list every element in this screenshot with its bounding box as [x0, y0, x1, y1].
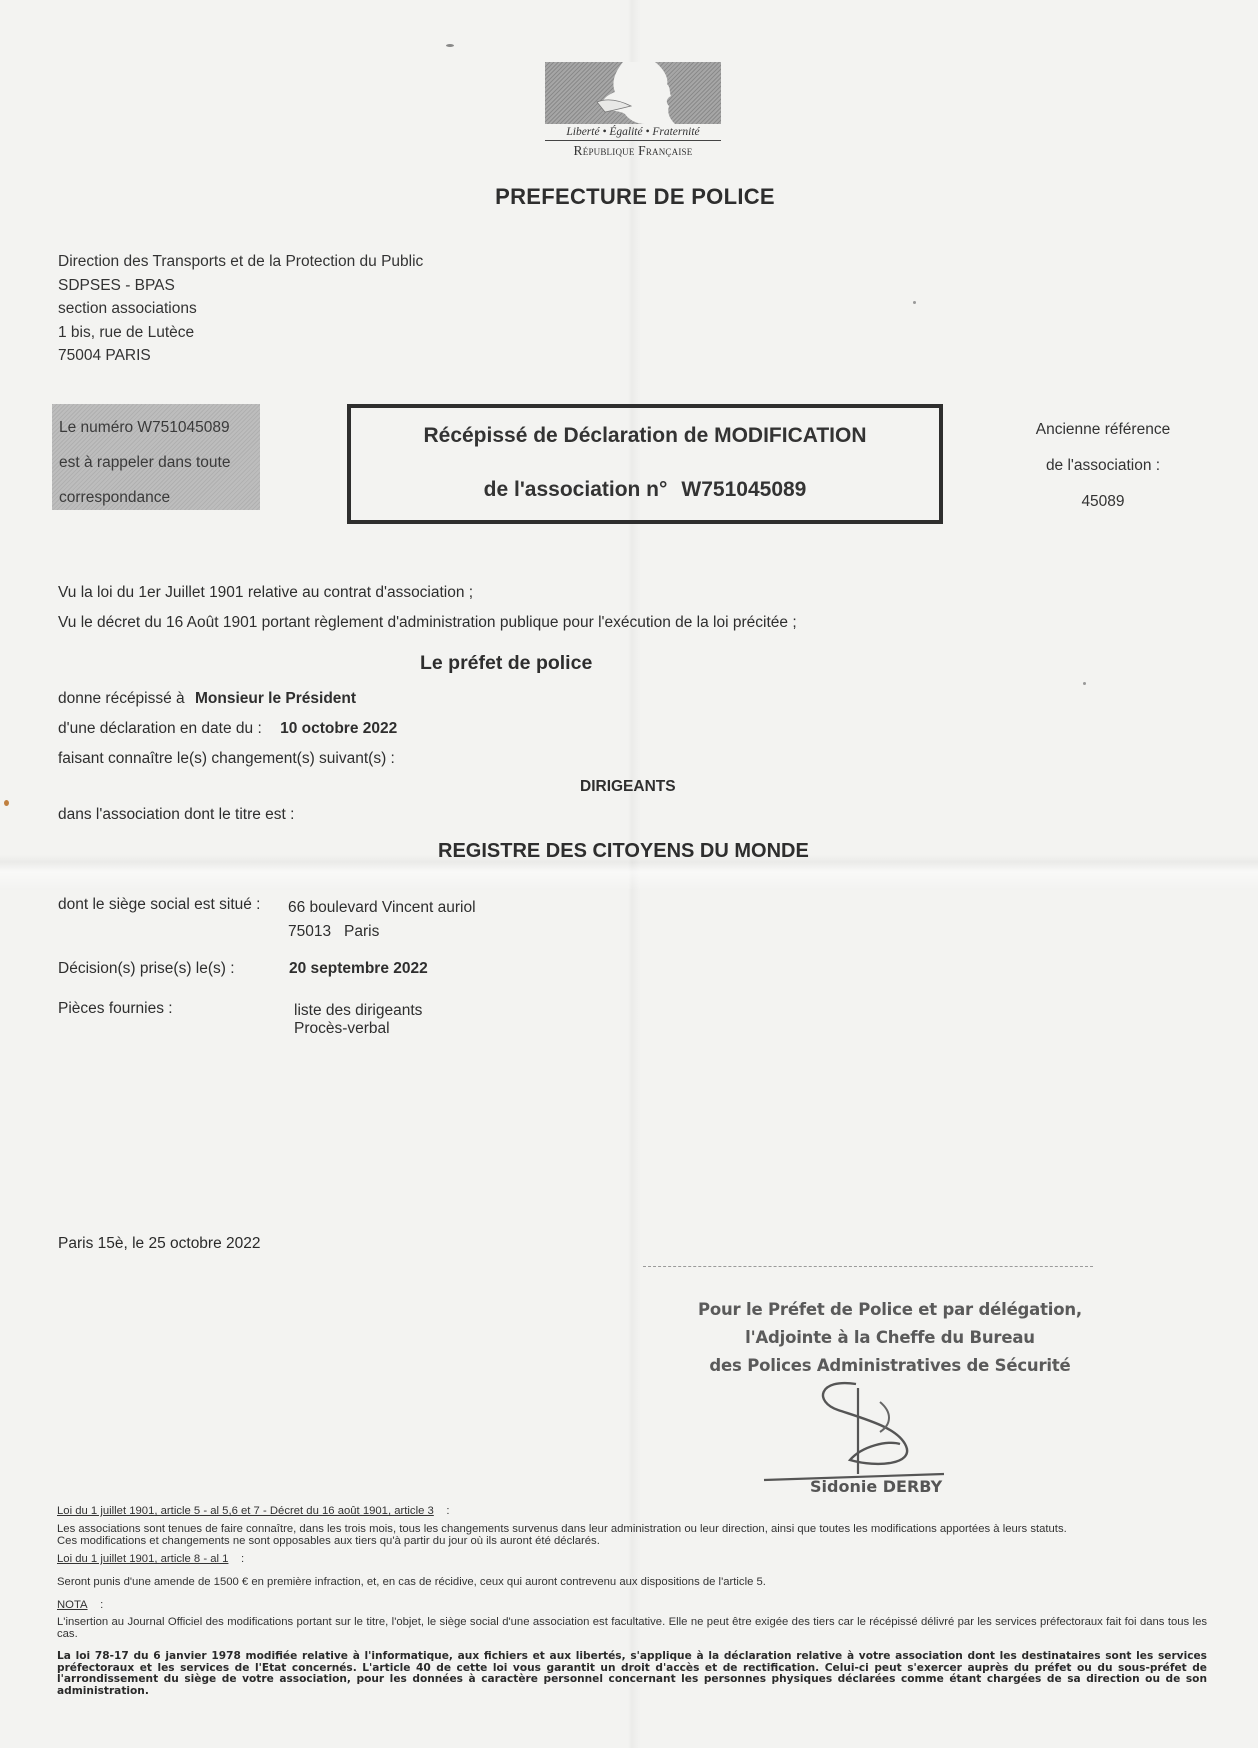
decision-date: 20 septembre 2022: [289, 960, 428, 978]
seat-label: dont le siège social est situé :: [58, 896, 260, 914]
decision-label: Décision(s) prise(s) le(s) :: [58, 960, 235, 978]
address-line: SDPSES - BPAS: [58, 274, 423, 298]
nota-colon: :: [100, 1599, 103, 1611]
sender-address: Direction des Transports et de la Protec…: [58, 250, 423, 368]
signature-line: l'Adjointe à la Cheffe du Bureau: [660, 1324, 1120, 1352]
logo-motto: Liberté • Égalité • Fraternité: [545, 126, 721, 141]
reminder-line: est à rappeler dans toute: [59, 445, 260, 480]
changes-label: faisant connaître le(s) changement(s) su…: [58, 750, 395, 768]
nota-title: NOTA: [57, 1599, 88, 1611]
marianne-emblem-icon: [545, 62, 721, 124]
reference-reminder-box: Le numéro W751045089 est à rappeler dans…: [52, 404, 260, 510]
receipt-title-box: Récépissé de Déclaration de MODIFICATION…: [347, 404, 943, 524]
document-item: Procès-verbal: [294, 1020, 422, 1038]
preamble-line: Vu la loi du 1er Juillet 1901 relative a…: [58, 578, 797, 608]
association-title: REGISTRE DES CITOYENS DU MONDE: [438, 840, 809, 863]
legal-ref-text: Les associations sont tenues de faire co…: [57, 1523, 1207, 1535]
address-line: section associations: [58, 297, 423, 321]
recipient-label: donne récépissé à: [58, 690, 185, 707]
reminder-line: Le numéro W751045089: [59, 410, 260, 445]
scan-speck: [4, 800, 9, 806]
address-line: 75004 PARIS: [58, 344, 423, 368]
declaration-date-value: 10 octobre 2022: [280, 720, 397, 737]
signature-divider: [643, 1266, 1093, 1267]
legal-ref-colon: :: [446, 1505, 449, 1517]
legal-preamble: Vu la loi du 1er Juillet 1901 relative a…: [58, 578, 797, 638]
documents-list: liste des dirigeants Procès-verbal: [294, 1002, 422, 1038]
legal-ref-title: Loi du 1 juillet 1901, article 5 - al 5,…: [57, 1505, 434, 1517]
association-number-line: de l'association n°W751045089: [351, 478, 939, 502]
address-line: 1 bis, rue de Lutèce: [58, 321, 423, 345]
legal-ref-title: Loi du 1 juillet 1901, article 8 - al 1: [57, 1553, 228, 1565]
declaration-date-label: d'une déclaration en date du :: [58, 720, 262, 737]
declaration-date-row: d'une déclaration en date du : 10 octobr…: [58, 720, 397, 738]
association-number: W751045089: [681, 478, 806, 501]
page-title: PREFECTURE DE POLICE: [0, 184, 1258, 210]
recipient-row: donne récépissé à Monsieur le Président: [58, 690, 356, 708]
signature-block: Pour le Préfet de Police et par délégati…: [660, 1296, 1120, 1380]
scan-speck: [913, 301, 916, 304]
signer-name: Sidonie DERBY: [810, 1477, 942, 1496]
old-reference: Ancienne référence de l'association : 45…: [1003, 412, 1203, 520]
legal-ref-text: Seront punis d'une amende de 1500 € en p…: [57, 1576, 1207, 1588]
association-number-label: de l'association n°: [484, 478, 668, 501]
address-line: Direction des Transports et de la Protec…: [58, 250, 423, 274]
seat-address-line: 75013 Paris: [288, 920, 476, 944]
issuer-heading: Le préfet de police: [420, 652, 592, 675]
changes-value: DIRIGEANTS: [580, 778, 676, 796]
logo-republic-label: République Française: [545, 143, 721, 159]
seat-address: 66 boulevard Vincent auriol 75013 Paris: [288, 896, 476, 944]
preamble-line: Vu le décret du 16 Août 1901 portant règ…: [58, 608, 797, 638]
scan-speck: [1083, 682, 1086, 685]
data-protection-notice: La loi 78-17 du 6 janvier 1978 modifiée …: [57, 1651, 1207, 1697]
legal-ref-text: Ces modifications et changements ne sont…: [57, 1535, 1207, 1547]
scan-speck: [446, 44, 454, 47]
signature-line: Pour le Préfet de Police et par délégati…: [660, 1296, 1120, 1324]
place-and-date: Paris 15è, le 25 octobre 2022: [58, 1235, 261, 1253]
reminder-line: correspondance: [59, 480, 260, 515]
document-item: liste des dirigeants: [294, 1002, 422, 1020]
republique-francaise-logo: Liberté • Égalité • Fraternité Républiqu…: [545, 62, 721, 159]
old-reference-label: Ancienne référence: [1003, 412, 1203, 448]
legal-notices: Loi du 1 juillet 1901, article 5 - al 5,…: [57, 1505, 1207, 1697]
recipient-value: Monsieur le Président: [195, 690, 356, 707]
receipt-title: Récépissé de Déclaration de MODIFICATION: [351, 424, 939, 448]
seat-address-line: 66 boulevard Vincent auriol: [288, 896, 476, 920]
nota-text: L'insertion au Journal Officiel des modi…: [57, 1616, 1207, 1640]
old-reference-label: de l'association :: [1003, 448, 1203, 484]
old-reference-value: 45089: [1003, 484, 1203, 520]
documents-label: Pièces fournies :: [58, 1000, 173, 1018]
legal-ref-colon: :: [241, 1553, 244, 1565]
handwritten-signature-icon: [758, 1376, 958, 1491]
document-page: Liberté • Égalité • Fraternité Républiqu…: [0, 0, 1258, 1748]
association-title-label: dans l'association dont le titre est :: [58, 806, 294, 824]
